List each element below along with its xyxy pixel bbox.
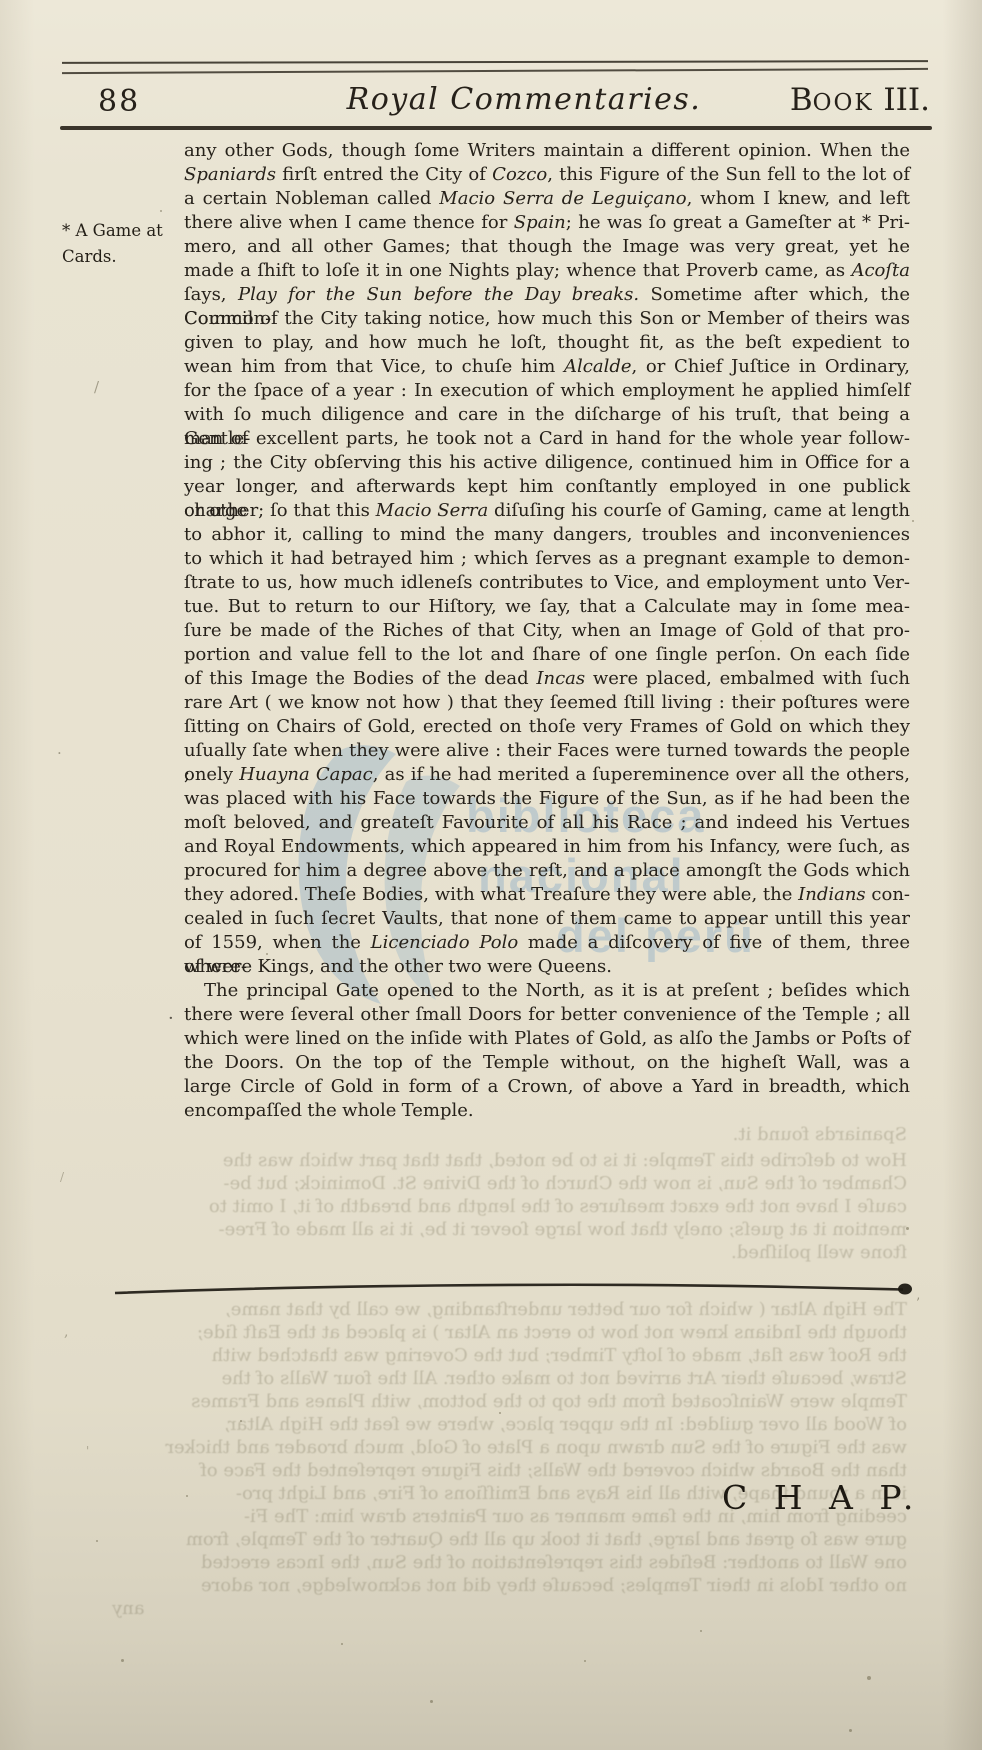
body-line: and Royal Endowments, which appeared in … [184,835,910,859]
paper-speck [849,1729,852,1732]
body-line: for the ſpace of a year : In execution o… [184,379,910,403]
footer-rule [0,1272,982,1302]
body-line: given to play, and how much he loſt, tho… [184,331,910,355]
body-line: mero, and all other Games; that though t… [184,235,910,259]
body-line: there alive when I came thence for Spain… [184,211,910,235]
body-line: The principal Gate opened to the North, … [184,979,910,1003]
body-line: large Circle of Gold in form of a Crown,… [184,1075,910,1099]
book-page-scan: bibliotecanacionaldel perú Spaniards fou… [0,0,982,1750]
body-line: ſtrate to us, how much idleneſs contribu… [184,571,910,595]
paper-speck [186,1495,188,1497]
paper-speck [700,1630,702,1632]
ghost-line: the Roof was flat, made of lofty Timber;… [112,1345,907,1367]
ghost-line: Spaniards found it. [112,1124,907,1146]
ghost-line: Chamber of the Sun, is now the Church of… [112,1173,907,1195]
paper-speck [912,520,914,522]
body-line: which were lined on the inſide with Plat… [184,1027,910,1051]
body-line: procured for him a degree above the reſt… [184,859,910,883]
body-text: any other Gods, though ſome Writers main… [184,139,910,1123]
ghost-line: ſtone well poliſhed. [112,1242,907,1264]
stray-ink-mark: / [94,378,99,396]
body-line: ſays, Play for the Sun before the Day br… [184,283,910,307]
body-line: Spaniards firſt entred the City of Cozco… [184,163,910,187]
paper-speck [430,1700,433,1703]
paper-speck [341,1643,343,1645]
body-line: uſually ſate when they were alive : thei… [184,739,910,763]
ghost-line: The High Altar ( which for our better un… [112,1299,907,1321]
paper-speck [906,1227,909,1230]
body-line: of this Image the Bodies of the dead Inc… [184,667,910,691]
body-line: to which it had betrayed him ; which ſer… [184,547,910,571]
body-line: to abhor it, calling to mind the many da… [184,523,910,547]
body-line: ing ; the City obſerving this his active… [184,451,910,475]
body-line: cealed in ſuch ſecret Vaults, that none … [184,907,910,931]
body-line: the Doors. On the top of the Temple with… [184,1051,910,1075]
ghost-line: How to deſcribe this Temple: it is to be… [112,1150,907,1172]
body-line: ſure be made of the Riches of that City,… [184,619,910,643]
body-line: onely Huayna Capac, as if he had merited… [184,763,910,787]
body-line: any other Gods, though ſome Writers main… [184,139,910,163]
body-line: there were ſeveral other ſmall Doors for… [184,1003,910,1027]
body-line: was placed with his Face towards the Fig… [184,787,910,811]
body-line: portion and value fell to the lot and ſh… [184,643,910,667]
body-line: man of excellent parts, he took not a Ca… [184,427,910,451]
ghost-line: gure was ſo great and large, that it too… [112,1529,907,1551]
body-line: Council of the City taking notice, how m… [184,307,910,331]
body-line: ſitting on Chairs of Gold, erected on th… [184,715,910,739]
paper-speck [240,1420,242,1422]
paper-speck [499,1412,501,1414]
ghost-line: was the Figure of the Sun drawn upon a P… [112,1437,907,1459]
stray-ink-mark: , [64,1324,68,1340]
body-line: they adored. Theſe Bodies, with what Tre… [184,883,910,907]
paper-speck [96,1540,98,1542]
ghost-line: though the Indians knew not how to erect… [112,1322,907,1344]
paper-speck [121,1659,124,1662]
stray-ink-mark: / [60,1170,64,1184]
ghost-line: Temple were Wainſcoated from the top to … [112,1391,907,1413]
ghost-line: cauſe I have not the exact meaſures of t… [112,1196,907,1218]
body-line: moſt beloved, and greateſt Favourite of … [184,811,910,835]
body-line: encompaſſed the whole Temple. [184,1099,910,1123]
paper-speck [867,1676,871,1680]
body-line: of were Kings, and the other two were Qu… [184,955,910,979]
body-line: with ſo much diligence and care in the d… [184,403,910,427]
body-line: a certain Nobleman called Macio Serra de… [184,187,910,211]
chapter-catchword: C H A P. [722,1478,921,1517]
stray-ink-mark: ' [86,1444,89,1458]
body-line: year longer, and afterwards kept him con… [184,475,910,499]
ghost-line: no other Idols in their Temples; becauſe… [112,1575,907,1597]
body-line: rare Art ( we know not how ) that they ſ… [184,691,910,715]
ghost-line: mention it at gueſs; onely that how larg… [112,1219,907,1241]
ghost-line: Straw, becauſe their Art arrived not to … [112,1368,907,1390]
ghost-line: one Wall to another: Beſides this repreſ… [112,1552,907,1574]
ghost-line: any [112,1598,907,1620]
body-line: tue. But to return to our Hiſtory, we ſa… [184,595,910,619]
stray-ink-mark: . [57,740,62,758]
body-line: wean him from that Vice, to chuſe him Al… [184,355,910,379]
body-line: or other; ſo that this Macio Serra diſuſ… [184,499,910,523]
body-line: of 1559, when the Licenciado Polo made a… [184,931,910,955]
paper-speck [160,210,162,212]
body-line: made a ſhift to loſe it in one Nights pl… [184,259,910,283]
ghost-line: of Wood all over guilded: In the upper p… [112,1414,907,1436]
paper-speck [584,1660,586,1662]
